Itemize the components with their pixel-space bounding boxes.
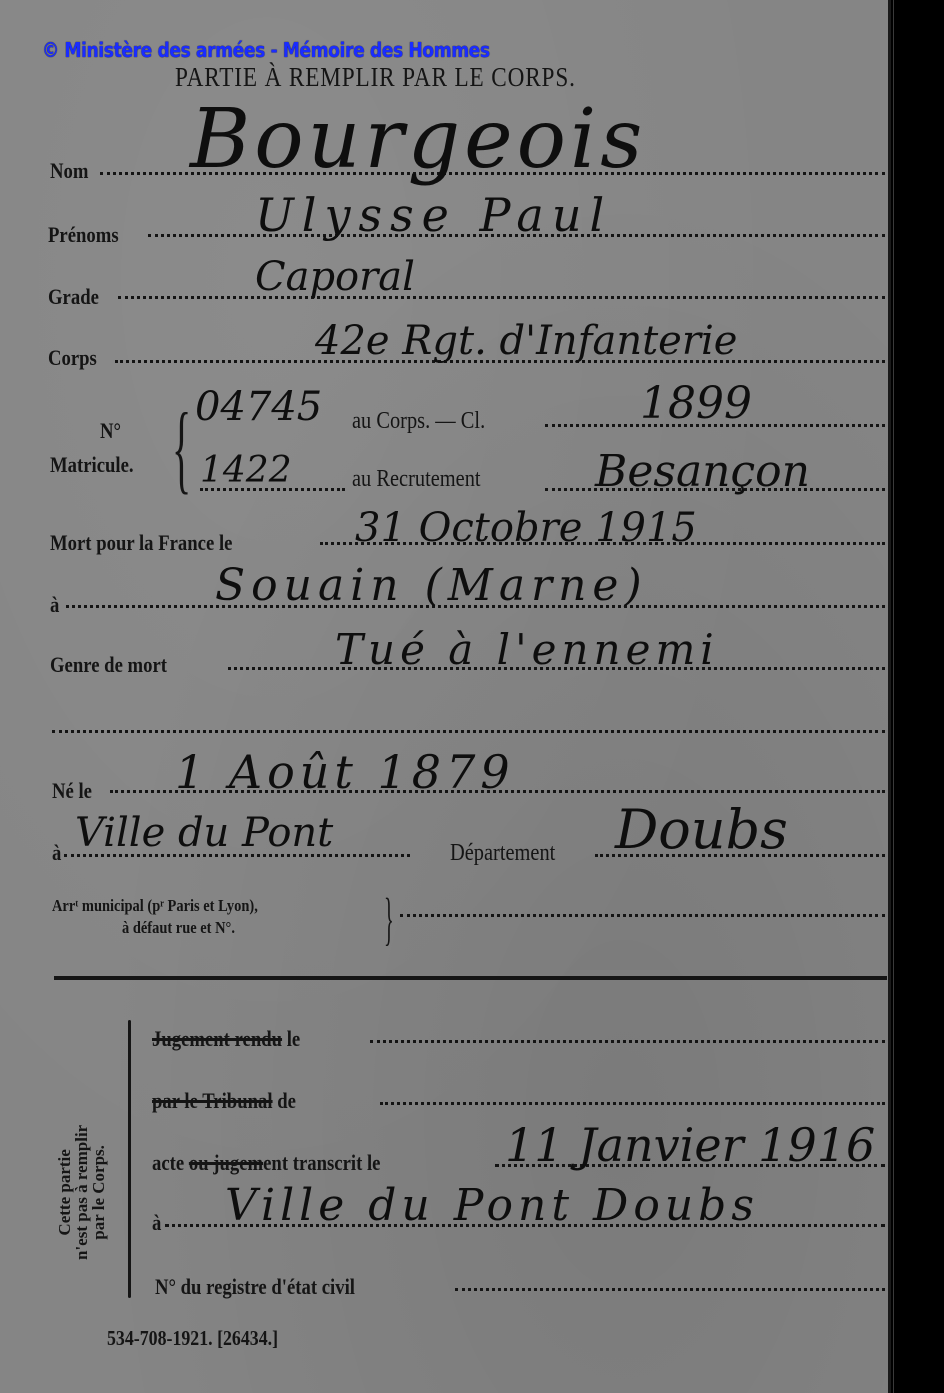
- acte-prefix: acte: [152, 1150, 184, 1175]
- label-mort-a: à: [50, 592, 59, 618]
- line-tribunal: [380, 1102, 885, 1105]
- value-classe: 1899: [640, 378, 752, 429]
- acte-struck: ou jugem: [189, 1150, 263, 1175]
- side-note-line-3: par le Corps.: [90, 1125, 107, 1260]
- label-au-corps-classe: au Corps. — Cl.: [352, 408, 485, 435]
- label-prenoms: Prénoms: [48, 222, 119, 248]
- value-acte-date: 11 Janvier 1916: [505, 1118, 875, 1172]
- document-card: © Ministère des armées - Mémoire des Hom…: [0, 0, 890, 1393]
- value-corps: 42e Rgt. d'Infanterie: [315, 318, 737, 364]
- side-note: Cette partie n'est pas à remplir par le …: [56, 1125, 107, 1260]
- value-prenoms: Ulysse Paul: [255, 188, 612, 242]
- card-edge-shadow: [893, 0, 894, 1393]
- line-blank: [52, 730, 885, 733]
- value-mort-le: 31 Octobre 1915: [355, 505, 697, 551]
- jugement-struck: Jugement rendu: [152, 1026, 282, 1051]
- value-mort-a: Souain (Marne): [215, 560, 648, 611]
- value-departement: Doubs: [615, 798, 788, 861]
- label-genre-de-mort: Genre de mort: [50, 652, 167, 678]
- label-departement: Département: [450, 840, 555, 867]
- label-nom: Nom: [50, 158, 88, 184]
- value-matricule-corps: 04745: [195, 384, 322, 430]
- arrondissement-brace: }: [384, 890, 394, 948]
- label-ne-le: Né le: [52, 778, 92, 804]
- label-jugement: Jugement rendu le: [152, 1026, 300, 1052]
- matricule-brace: {: [172, 398, 191, 498]
- value-matricule-recrutement: 1422: [200, 450, 292, 491]
- label-arrondissement: Arrᵗ municipal (pʳ Paris et Lyon),: [52, 896, 258, 916]
- acte-suffix: ent transcrit le: [263, 1150, 380, 1175]
- label-tribunal: par le Tribunal de: [152, 1088, 296, 1114]
- label-au-recrutement: au Recrutement: [352, 466, 481, 493]
- jugement-le: le: [287, 1026, 301, 1051]
- label-corps: Corps: [48, 345, 97, 371]
- label-acte: acte ou jugement transcrit le: [152, 1150, 380, 1176]
- form-title: PARTIE À REMPLIR PAR LE CORPS.: [175, 62, 576, 93]
- lower-brace: [128, 1020, 131, 1298]
- footer-code: 534-708-1921. [26434.]: [107, 1326, 278, 1351]
- value-acte-place: Ville du Pont Doubs: [225, 1180, 759, 1231]
- value-ne-le: 1 Août 1879: [175, 745, 515, 799]
- line-grade: [118, 296, 885, 299]
- value-ne-a: Ville du Pont: [75, 810, 333, 856]
- tribunal-de: de: [277, 1088, 296, 1113]
- value-grade: Caporal: [255, 254, 415, 300]
- label-acte-a: à: [152, 1210, 161, 1236]
- line-jugement: [370, 1040, 885, 1043]
- copyright-watermark: © Ministère des armées - Mémoire des Hom…: [42, 38, 490, 62]
- value-genre-de-mort: Tué à l'ennemi: [335, 625, 719, 674]
- label-arrondissement-rue: à défaut rue et N°.: [122, 918, 235, 938]
- side-note-line-2: n'est pas à remplir: [73, 1125, 90, 1260]
- section-divider: [54, 976, 887, 980]
- label-mort-le: Mort pour la France le: [50, 530, 232, 556]
- label-matricule-no: N°: [100, 418, 121, 444]
- side-note-line-1: Cette partie: [56, 1125, 73, 1260]
- label-ne-a: à: [52, 840, 61, 866]
- value-recrutement-place: Besançon: [595, 446, 810, 497]
- label-grade: Grade: [48, 284, 99, 310]
- value-nom: Bourgeois: [190, 92, 646, 187]
- line-registre: [455, 1288, 885, 1291]
- card-edge: [888, 0, 891, 1393]
- label-matricule: Matricule.: [50, 452, 134, 478]
- label-registre: N° du registre d'état civil: [155, 1274, 355, 1300]
- tribunal-struck: par le Tribunal: [152, 1088, 273, 1113]
- line-arrondissement: [400, 914, 885, 917]
